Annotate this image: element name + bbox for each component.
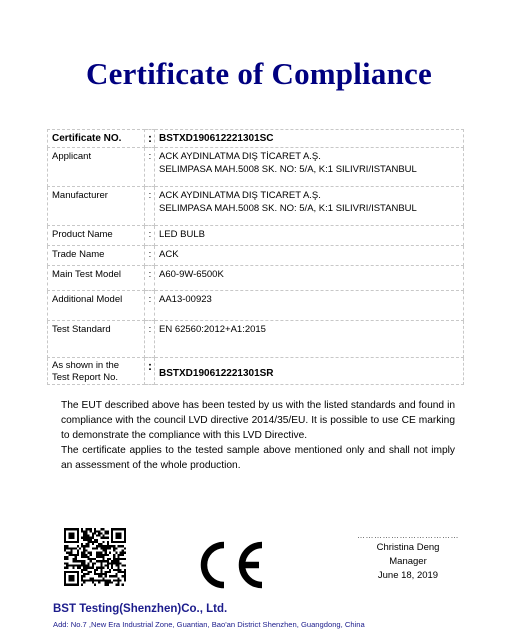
row-label-trade-name: Trade Name xyxy=(48,246,145,266)
trade-name-value: ACK xyxy=(155,246,464,266)
applicant-value: ACK AYDINLATMA DIŞ TİCARET A.Ş. SELIMPAS… xyxy=(155,148,464,187)
row-label-test-standard: Test Standard xyxy=(48,321,145,358)
row-separator: : xyxy=(145,130,155,148)
product-name-value: LED BULB xyxy=(155,226,464,246)
row-label-applicant: Applicant xyxy=(48,148,145,187)
signatory-title: Manager xyxy=(352,555,464,569)
signatory-name: Christina Deng xyxy=(352,541,464,555)
issuer-company-name: BST Testing(Shenzhen)Co., Ltd. xyxy=(53,603,227,615)
signature-block: ……………………………… Christina Deng Manager June… xyxy=(352,533,464,583)
additional-model-value: AA13-00923 xyxy=(155,291,464,321)
applicant-name: ACK AYDINLATMA DIŞ TİCARET A.Ş. xyxy=(159,150,459,163)
main-test-model-value: A60-9W-6500K xyxy=(155,266,464,291)
row-label-certificate-no: Certificate NO. xyxy=(48,130,145,148)
test-report-label-line-2: Test Report No. xyxy=(52,372,140,384)
table-row: Additional Model : AA13-00923 xyxy=(48,291,464,321)
compliance-statement: The EUT described above has been tested … xyxy=(61,398,455,473)
test-report-number: BSTXD190612221301SR xyxy=(155,358,464,385)
table-row: Main Test Model : A60-9W-6500K xyxy=(48,266,464,291)
table-row: Certificate NO. : BSTXD190612221301SC xyxy=(48,130,464,148)
row-separator: : xyxy=(145,246,155,266)
ce-mark-icon xyxy=(194,541,264,589)
statement-paragraph-1: The EUT described above has been tested … xyxy=(61,398,455,443)
row-separator: : xyxy=(145,291,155,321)
certificate-number: BSTXD190612221301SC xyxy=(155,130,464,148)
row-separator: : xyxy=(145,321,155,358)
manufacturer-name: ACK AYDINLATMA DIŞ TICARET A.Ş. xyxy=(159,189,459,202)
test-report-label-line-1: As shown in the xyxy=(52,360,140,372)
applicant-address: SELIMPASA MAH.5008 SK. NO: 5/A, K:1 SILI… xyxy=(159,163,459,176)
signature-line: ……………………………… xyxy=(352,533,464,539)
table-row: Test Standard : EN 62560:2012+A1:2015 xyxy=(48,321,464,358)
row-separator: : xyxy=(145,148,155,187)
table-row: As shown in the Test Report No. : BSTXD1… xyxy=(48,358,464,385)
applicant-name-text: ACK AYDINLATMA DIŞ TİCARET A.Ş. xyxy=(159,151,321,162)
test-standard-value: EN 62560:2012+A1:2015 xyxy=(155,321,464,358)
qr-code-icon xyxy=(64,528,126,586)
row-label-test-report-no: As shown in the Test Report No. xyxy=(48,358,145,385)
table-row: Manufacturer : ACK AYDINLATMA DIŞ TICARE… xyxy=(48,187,464,226)
statement-paragraph-2: The certificate applies to the tested sa… xyxy=(61,443,455,473)
certificate-title: Certificate of Compliance xyxy=(0,56,518,92)
row-label-manufacturer: Manufacturer xyxy=(48,187,145,226)
row-label-additional-model: Additional Model xyxy=(48,291,145,321)
table-row: Applicant : ACK AYDINLATMA DIŞ TİCARET A… xyxy=(48,148,464,187)
signature-date: June 18, 2019 xyxy=(352,569,464,583)
certificate-details-table: Certificate NO. : BSTXD190612221301SC Ap… xyxy=(47,129,464,385)
row-separator: : xyxy=(145,226,155,246)
table-row: Trade Name : ACK xyxy=(48,246,464,266)
table-row: Product Name : LED BULB xyxy=(48,226,464,246)
row-separator: : xyxy=(145,358,155,385)
row-separator: : xyxy=(145,266,155,291)
manufacturer-value: ACK AYDINLATMA DIŞ TICARET A.Ş. SELIMPAS… xyxy=(155,187,464,226)
row-label-main-test-model: Main Test Model xyxy=(48,266,145,291)
row-separator: : xyxy=(145,187,155,226)
row-label-product-name: Product Name xyxy=(48,226,145,246)
manufacturer-address: SELIMPASA MAH.5008 SK. NO: 5/A, K:1 SILI… xyxy=(159,202,459,215)
issuer-address: Add: No.7 ,New Era Industrial Zone, Guan… xyxy=(53,620,365,629)
